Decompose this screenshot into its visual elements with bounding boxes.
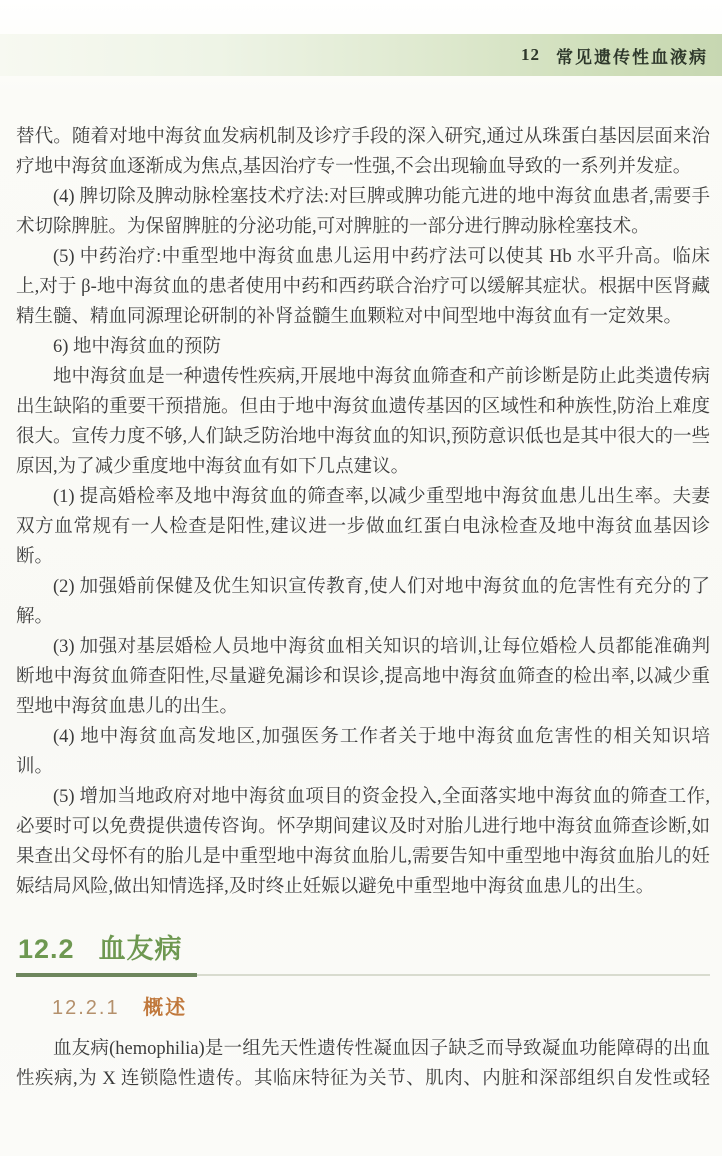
paragraph: 地中海贫血是一种遗传性疾病,开展地中海贫血筛查和产前诊断是防止此类遗传病出生缺陷… <box>16 362 710 482</box>
chapter-number: 12 <box>521 45 540 65</box>
page-header-band: 12 常见遗传性血液病 <box>0 34 722 76</box>
subsection-number: 12.2.1 <box>52 997 120 1019</box>
page-body: 替代。随着对地中海贫血发病机制及诊疗手段的深入研究,通过从珠蛋白基因层面来治疗地… <box>16 122 710 1094</box>
paragraph: (2) 加强婚前保健及优生知识宣传教育,使人们对地中海贫血的危害性有充分的了解。 <box>16 572 710 632</box>
paragraph: (5) 中药治疗:中重型地中海贫血患儿运用中药疗法可以使其 Hb 水平升高。临床… <box>16 242 710 332</box>
paragraph: 血友病(hemophilia)是一组先天性遗传性凝血因子缺乏而导致凝血功能障碍的… <box>16 1034 710 1094</box>
section-heading: 12.2 血友病 <box>16 934 710 977</box>
section-number: 12.2 <box>18 934 75 965</box>
subsection-heading: 12.2.1 概述 <box>52 994 710 1022</box>
paragraph: (3) 加强对基层婚检人员地中海贫血相关知识的培训,让每位婚检人员都能准确判断地… <box>16 632 710 722</box>
subsection-label: 概述 <box>143 997 187 1019</box>
section-rule <box>197 974 710 976</box>
section-label: 血友病 <box>99 934 183 965</box>
textbook-page: 12 常见遗传性血液病 替代。随着对地中海贫血发病机制及诊疗手段的深入研究,通过… <box>0 0 722 1156</box>
paragraph: (4) 脾切除及脾动脉栓塞技术疗法:对巨脾或脾功能亢进的地中海贫血患者,需要手术… <box>16 182 710 242</box>
paragraph: (1) 提高婚检率及地中海贫血的筛查率,以减少重型地中海贫血患儿出生率。夫妻双方… <box>16 482 710 572</box>
chapter-title: 常见遗传性血液病 <box>556 43 708 68</box>
paragraph: (5) 增加当地政府对地中海贫血项目的资金投入,全面落实地中海贫血的筛查工作,必… <box>16 782 710 902</box>
paragraph: 6) 地中海贫血的预防 <box>16 332 710 362</box>
paragraph: (4) 地中海贫血高发地区,加强医务工作者关于地中海贫血危害性的相关知识培训。 <box>16 722 710 782</box>
paragraph: 替代。随着对地中海贫血发病机制及诊疗手段的深入研究,通过从珠蛋白基因层面来治疗地… <box>16 122 710 182</box>
section-title: 12.2 血友病 <box>16 934 197 977</box>
subsection-body: 血友病(hemophilia)是一组先天性遗传性凝血因子缺乏而导致凝血功能障碍的… <box>16 1034 710 1094</box>
